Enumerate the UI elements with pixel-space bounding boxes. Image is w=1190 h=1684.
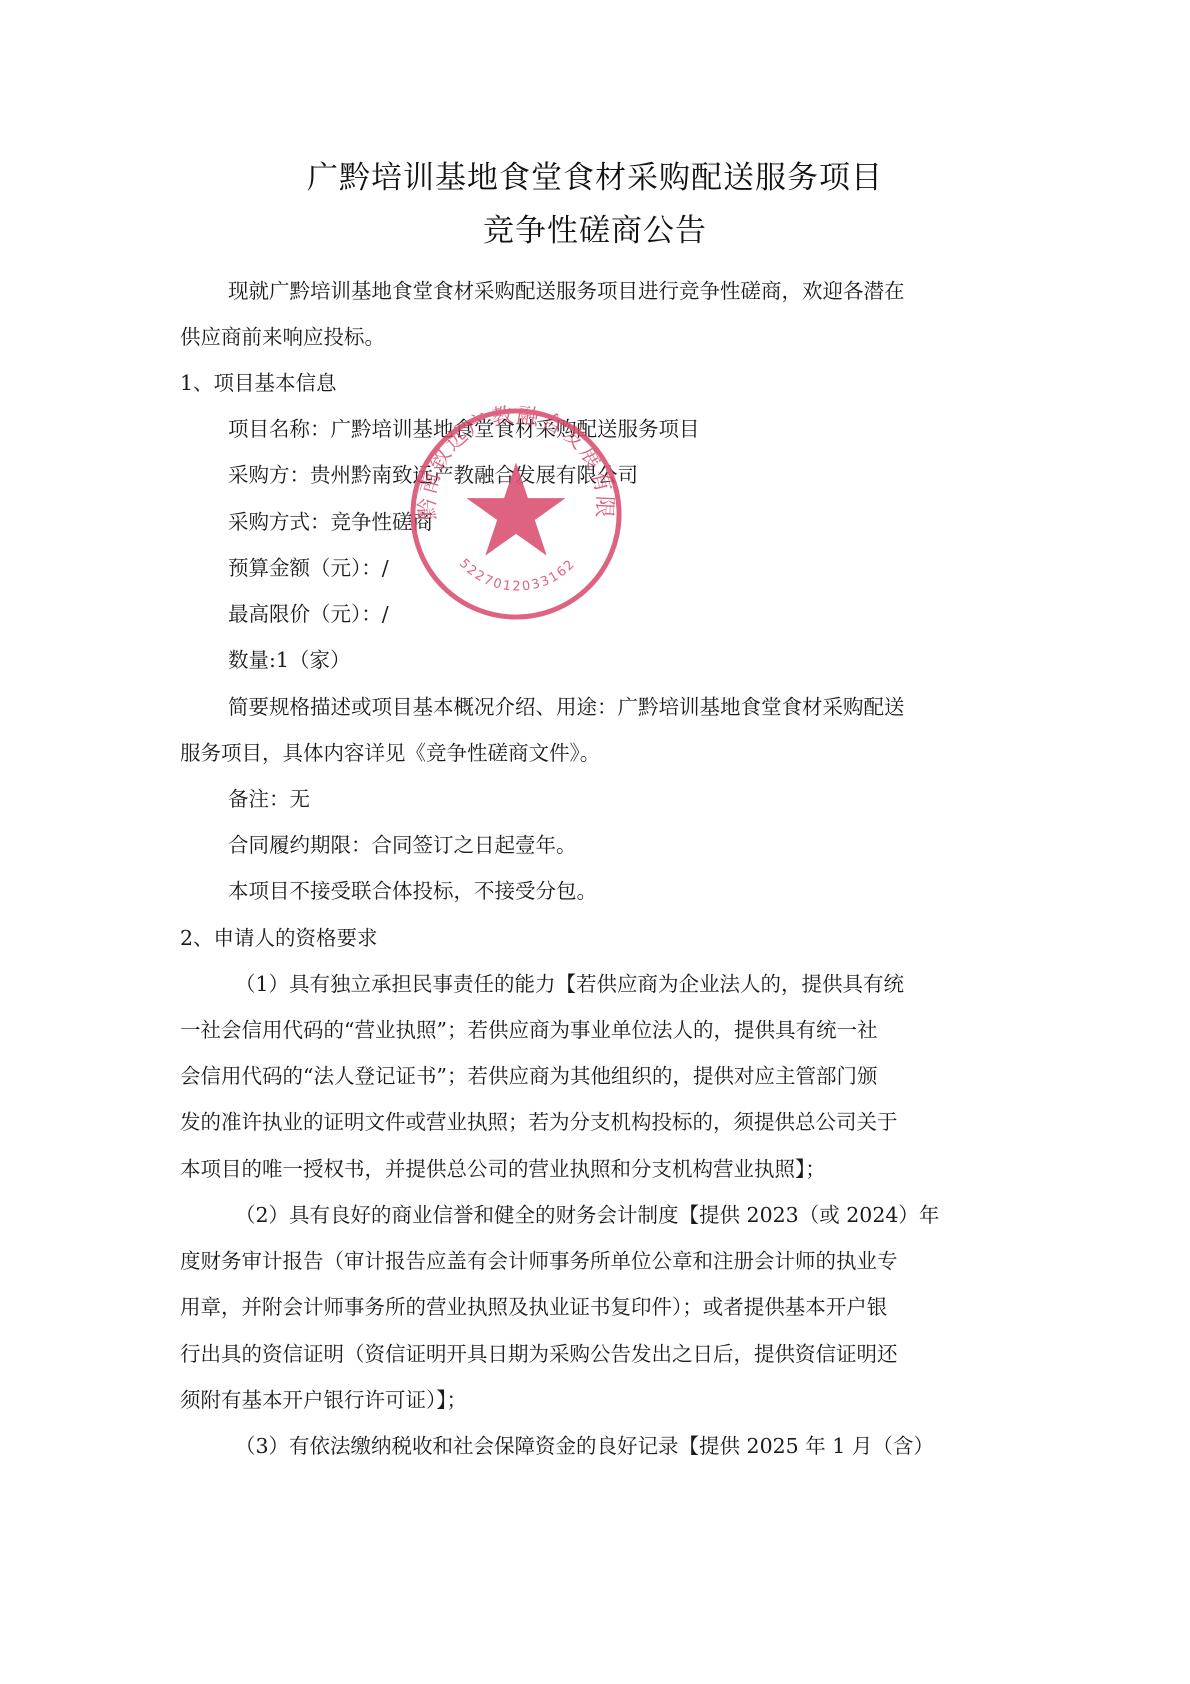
quantity: 数量:1（家）	[228, 647, 350, 673]
svg-text:5227012033162: 5227012033162	[456, 556, 579, 594]
requirement2-line2: 度财务审计报告（审计报告应盖有会计师事务所单位公章和注册会计师的执业专	[180, 1248, 898, 1274]
consortium-note: 本项目不接受联合体投标，不接受分包。	[228, 878, 597, 904]
requirement1-line1: （1）具有独立承担民事责任的能力【若供应商为企业法人的，提供具有统	[235, 971, 904, 997]
document-page: 广黔培训基地食堂食材采购配送服务项目 竞争性磋商公告 现就广黔培训基地食堂食材采…	[0, 0, 1190, 1684]
requirement1-line4: 发的准许执业的证明文件或营业执照；若为分支机构投标的，须提供总公司关于	[180, 1109, 898, 1135]
description-line2: 服务项目，具体内容详见《竞争性磋商文件》。	[180, 740, 600, 766]
document-title-line2: 竞争性磋商公告	[0, 205, 1190, 250]
remarks: 备注：无	[228, 786, 310, 812]
requirement2-line4: 行出具的资信证明（资信证明开具日期为采购公告发出之日后，提供资信证明还	[180, 1341, 898, 1367]
document-title-line1: 广黔培训基地食堂食材采购配送服务项目	[0, 152, 1190, 197]
intro-paragraph-line2: 供应商前来响应投标。	[180, 324, 385, 350]
requirement2-line3: 用章，并附会计师事务所的营业执照及执业证书复印件）；或者提供基本开户银	[180, 1294, 887, 1320]
section1-heading: 1、项目基本信息	[180, 370, 337, 396]
requirement1-line2: 一社会信用代码的“营业执照”；若供应商为事业单位法人的，提供具有统一社	[180, 1017, 877, 1043]
description-line1: 简要规格描述或项目基本概况介绍、用途：广黔培训基地食堂食材采购配送	[228, 694, 905, 720]
project-name: 项目名称：广黔培训基地食堂食材采购配送服务项目	[228, 416, 700, 442]
budget-amount: 预算金额（元）：/	[228, 555, 389, 581]
contract-period: 合同履约期限：合同签订之日起壹年。	[228, 832, 577, 858]
procurement-method: 采购方式：竞争性磋商	[228, 509, 433, 535]
requirement3-line1: （3）有依法缴纳税收和社会保障资金的良好记录【提供 2025 年 1 月（含）	[235, 1433, 934, 1459]
purchaser: 采购方：贵州黔南致远产教融合发展有限公司	[228, 462, 638, 488]
requirement2-line1: （2）具有良好的商业信誉和健全的财务会计制度【提供 2023（或 2024）年	[235, 1202, 939, 1228]
requirement2-line5: 须附有基本开户银行许可证）】；	[180, 1387, 467, 1413]
max-price: 最高限价（元）：/	[228, 601, 389, 627]
intro-paragraph-line1: 现就广黔培训基地食堂食材采购配送服务项目进行竞争性磋商，欢迎各潜在	[228, 278, 905, 304]
requirement1-line3: 会信用代码的“法人登记证书”；若供应商为其他组织的，提供对应主管部门颁	[180, 1063, 877, 1089]
requirement1-line5: 本项目的唯一授权书，并提供总公司的营业执照和分支机构营业执照】；	[180, 1156, 826, 1182]
section2-heading: 2、申请人的资格要求	[180, 925, 378, 951]
